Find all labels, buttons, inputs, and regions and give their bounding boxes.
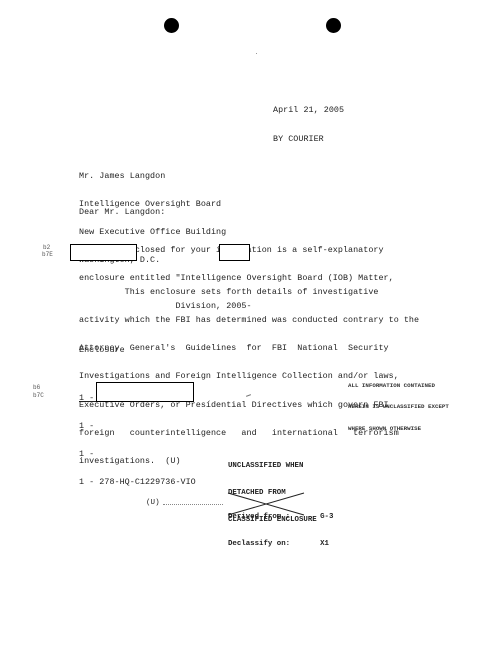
paragraph-2-line-3: Attorney General's Guidelines for FBI Na…	[79, 344, 419, 353]
delivery-method: BY COURIER	[273, 135, 324, 144]
derivation-marker: (U)	[146, 499, 160, 508]
margin-code-b7c: b7C	[33, 392, 44, 399]
classification-notice-line-1: ALL INFORMATION CONTAINED	[348, 382, 449, 389]
declassify-on-row: Declassify on:X1	[228, 540, 333, 549]
punch-hole-right	[326, 18, 341, 33]
salutation: Dear Mr. Langdon:	[79, 208, 165, 217]
strikethrough-x-icon	[226, 490, 308, 518]
distribution-item: 1 -	[79, 450, 196, 459]
enclosure-label: Enclosure	[79, 346, 125, 355]
distribution-item: 1 -	[79, 422, 196, 431]
distribution-item: 1 - 278-HQ-C1229736-VIO	[79, 478, 196, 487]
redaction-box-case-number	[219, 244, 250, 261]
letter-date: April 21, 2005	[273, 106, 344, 115]
derived-from-value: G-3	[320, 513, 333, 521]
punch-hole-left	[164, 18, 179, 33]
paragraph-2-line-1: This enclosure sets forth details of inv…	[79, 288, 419, 297]
classification-notice-line-3: WHERE SHOWN OTHERWISE	[348, 425, 449, 432]
paragraph-2-line-2: activity which the FBI has determined wa…	[79, 316, 419, 325]
classification-notice-line-2: HEREIN IS UNCLASSIFIED EXCEPT	[348, 403, 449, 410]
illegible-marks: · ˊ · .	[195, 401, 238, 409]
declassify-on-label: Declassify on:	[228, 540, 290, 548]
addressee-name: Mr. James Langdon	[79, 172, 226, 181]
margin-code-b6: b6	[33, 384, 40, 391]
dotted-leader	[163, 504, 223, 505]
declassify-on-value: X1	[320, 540, 329, 548]
scan-speck	[256, 53, 257, 54]
classification-notice: ALL INFORMATION CONTAINED HEREIN IS UNCL…	[348, 367, 449, 440]
margin-code-b7e: b7E	[42, 251, 53, 258]
unclassified-stamp-line-1: UNCLASSIFIED WHEN	[228, 462, 317, 471]
redaction-box-division	[70, 244, 137, 261]
redaction-box-recipients	[96, 382, 194, 402]
margin-code-b2: b2	[43, 244, 50, 251]
